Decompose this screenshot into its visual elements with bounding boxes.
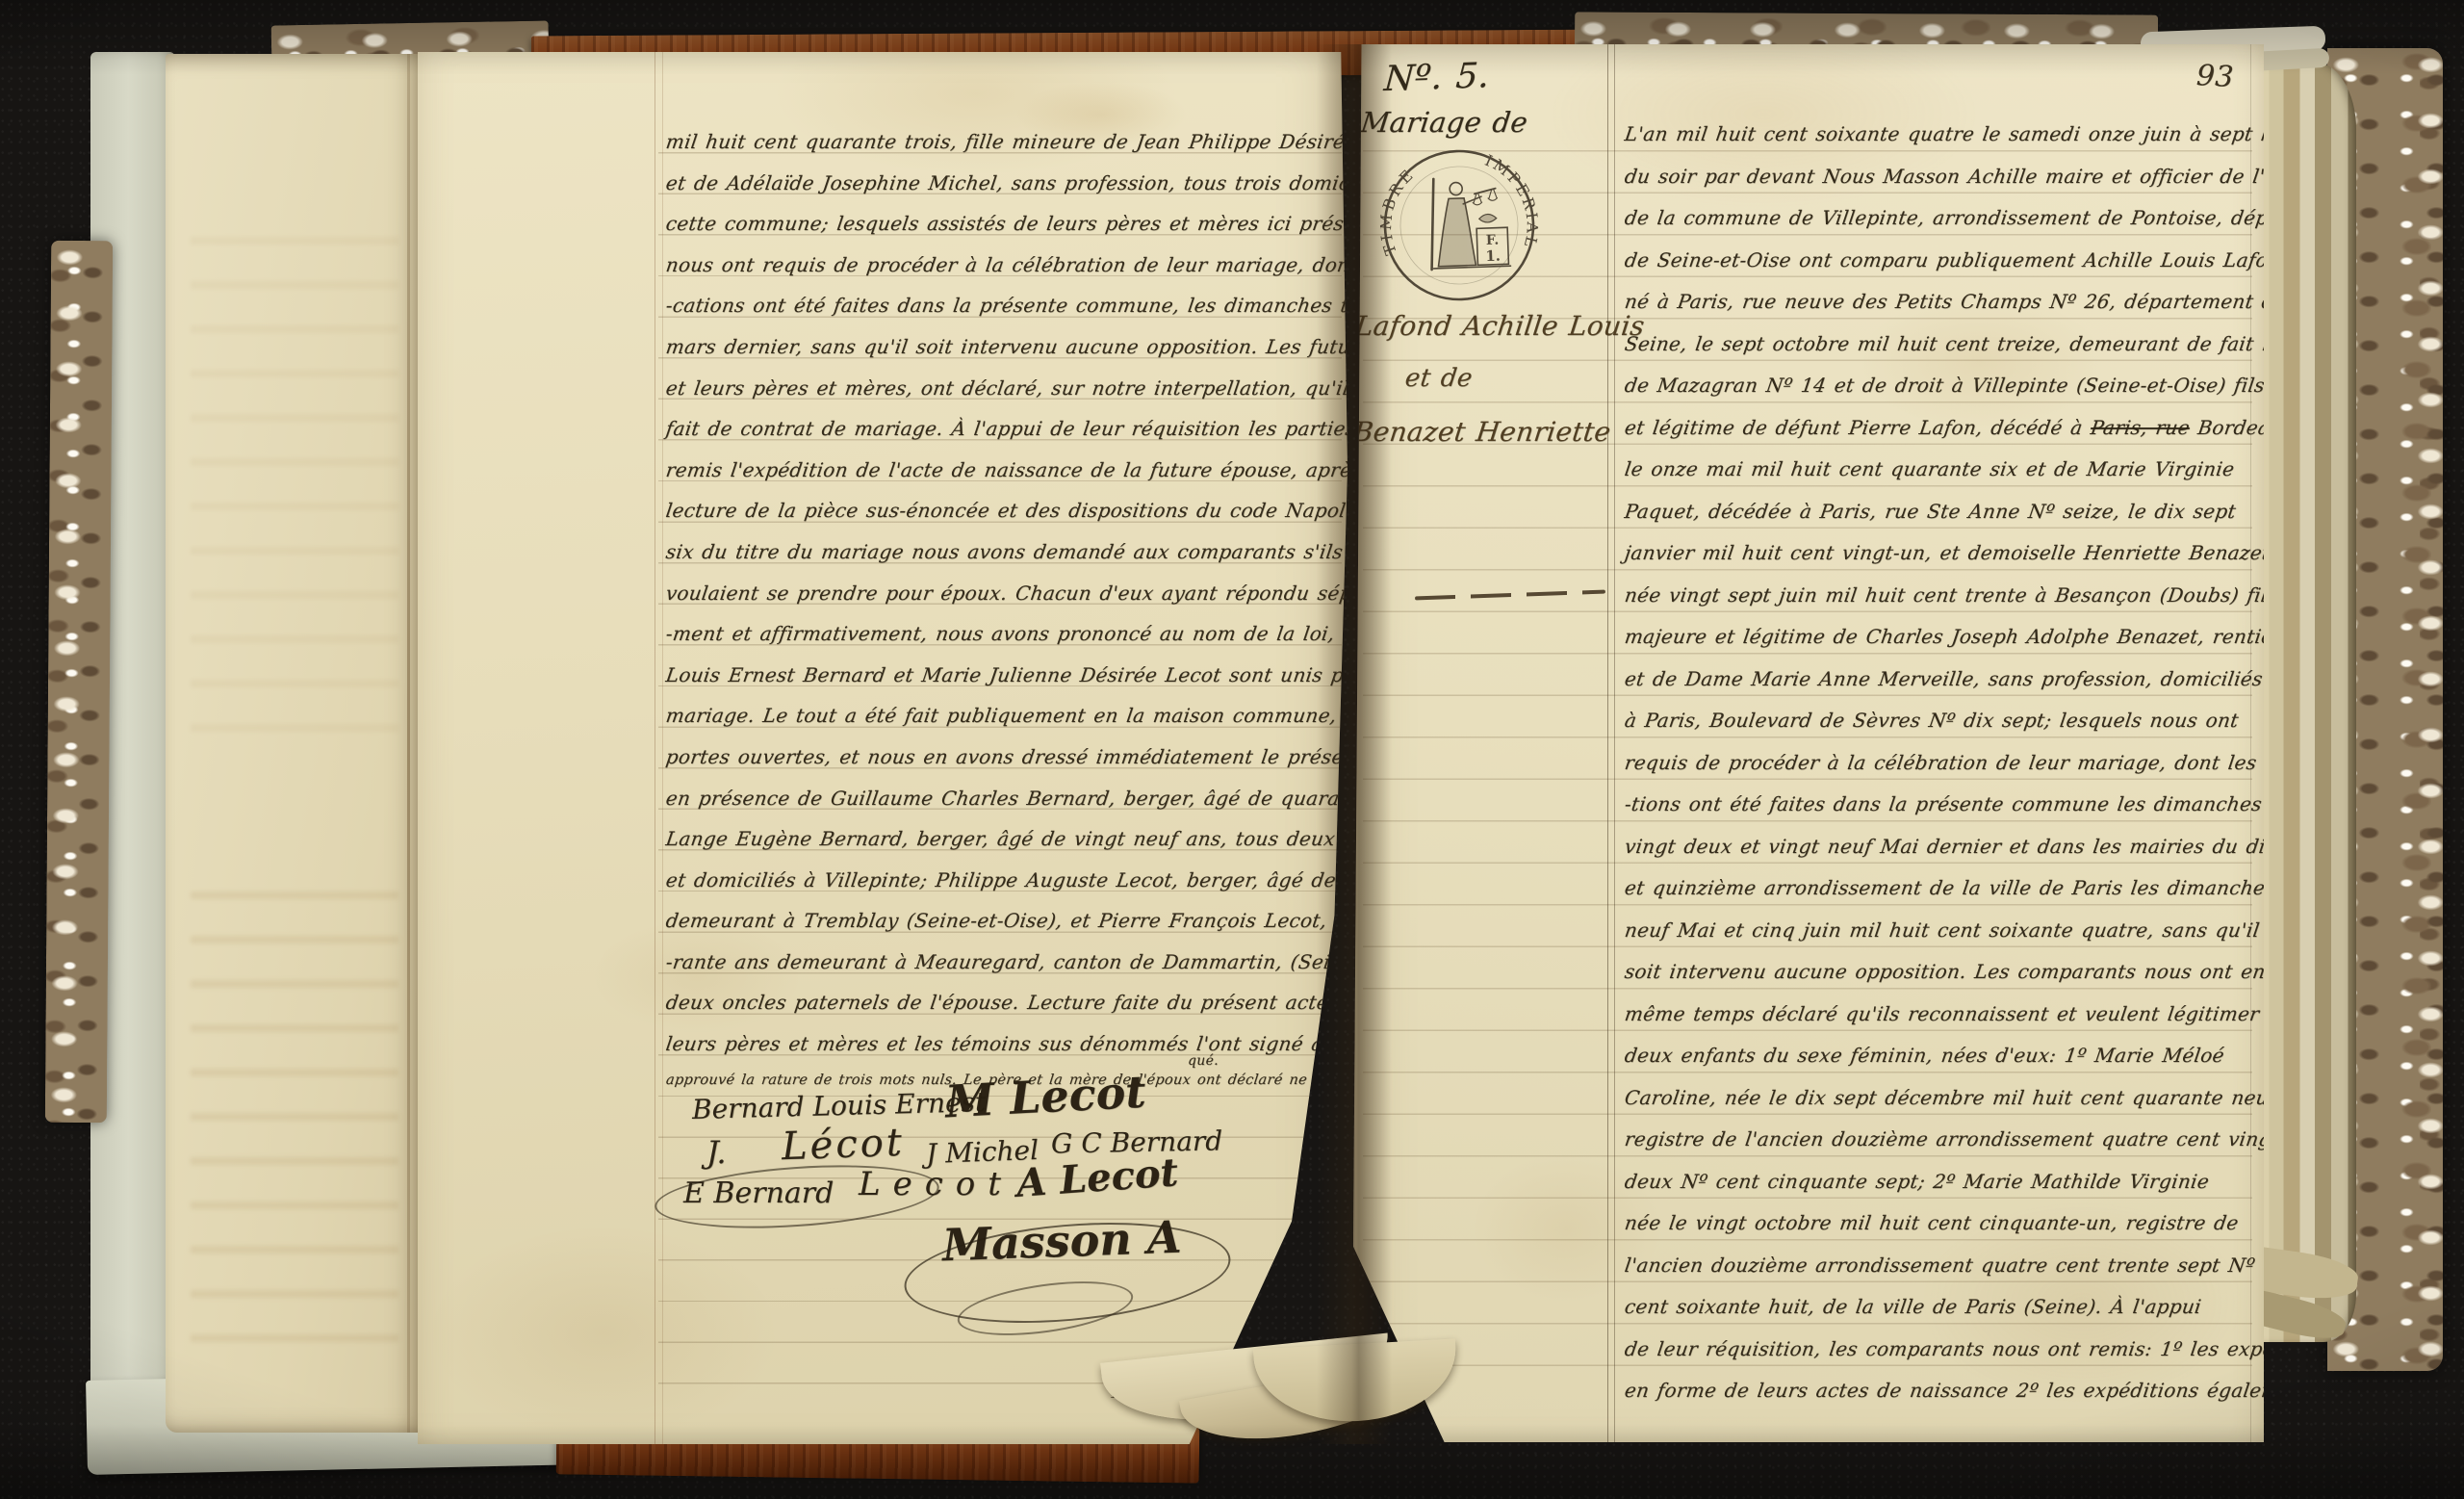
signature-mayor-masson: Masson A [941,1211,1182,1272]
handwritten-line: lecture de la pièce sus-énoncée et des d… [663,490,1347,531]
signature-lecot: Lécot [781,1121,905,1169]
handwritten-line: née le vingt octobre mil huit cent cinqu… [1622,1202,2258,1245]
act-body-text: L'an mil huit cent soixante quatre le sa… [1625,114,2255,1412]
handwritten-line: et légitime de défunt Pierre Lafon, décé… [1622,407,2258,450]
signature-initial: J. [706,1134,727,1171]
handwritten-line: deux oncles paternels de l'épouse. Lectu… [663,982,1347,1023]
handwritten-line: nous ont requis de procéder à la célébra… [663,245,1347,286]
handwritten-line: demeurant à Tremblay (Seine-et-Oise), et… [663,900,1347,942]
handwritten-line: mariage. Le tout a été fait publiquement… [663,695,1347,737]
svg-text:TIMBRE: TIMBRE [1377,164,1422,258]
handwritten-line: à Paris, Boulevard de Sèvres Nº dix sept… [1622,700,2258,742]
handwritten-line: de Mazagran Nº 14 et de droit à Villepin… [1622,365,2258,407]
handwritten-line: et de Adélaïde Josephine Michel, sans pr… [663,163,1347,204]
separator-flourish [1415,590,1605,601]
margin-groom-name: Lafond Achille Louis [1353,310,1646,342]
handwritten-line: soit intervenu aucune opposition. Les co… [1622,951,2258,994]
handwritten-line: l'ancien douzième arrondissement quatre … [1622,1245,2258,1287]
handwritten-line: mil huit cent quarante trois, fille mine… [663,121,1347,163]
bleed-through-text [191,218,398,757]
handwritten-line: deux Nº cent cinquante sept; 2º Marie Ma… [1622,1161,2258,1203]
handwritten-line: Paquet, décédée à Paris, rue Ste Anne Nº… [1622,491,2258,533]
handwritten-line: requis de procéder à la célébration de l… [1622,742,2258,785]
handwritten-line: majeure et légitime de Charles Joseph Ad… [1622,616,2258,659]
stamp-f: F. [1486,233,1500,248]
signature-e-bernard: E Bernard [683,1176,834,1210]
handwritten-line: leurs pères et mères et les témoins sus … [663,1023,1347,1065]
handwritten-line: voulaient se prendre pour époux. Chacun … [663,573,1347,614]
handwritten-line: L'an mil huit cent soixante quatre le sa… [1622,114,2258,156]
signature-m-lecot: M Lecot [944,1066,1147,1128]
handwritten-line: Caroline, née le dix sept décembre mil h… [1622,1077,2258,1120]
handwritten-line: Lange Eugène Bernard, berger, âgé de vin… [663,818,1347,860]
right-page: Nº. 5. Mariage de [1353,44,2264,1442]
left-page: mil huit cent quarante trois, fille mine… [418,52,1347,1444]
handwritten-line: vingt deux et vingt neuf Mai dernier et … [1622,826,2258,868]
handwritten-line: Seine, le sept octobre mil huit cent tre… [1622,323,2258,366]
signature-lecot-caps: Lecot [859,1165,1014,1203]
handwritten-line: et leurs pères et mères, ont déclaré, su… [663,368,1347,409]
handwritten-line: registre de l'ancien douzième arrondisse… [1622,1119,2258,1161]
handwritten-line: mars dernier, sans qu'il soit intervenu … [663,326,1347,368]
stamp-word-timbre: TIMBRE [1377,164,1422,258]
handwritten-line: même temps déclaré qu'ils reconnaissent … [1622,994,2258,1036]
handwritten-line: fait de contrat de mariage. À l'appui de… [663,408,1347,450]
stamp-1: 1. [1485,247,1501,266]
photographed-register-book: mil huit cent quarante trois, fille mine… [0,0,2464,1499]
handwritten-line: et domiciliés à Villepinte; Philippe Aug… [663,860,1347,901]
act-margin-column: Nº. 5. Mariage de [1355,44,1607,1442]
handwritten-line: de leur réquisition, les comparants nous… [1622,1329,2258,1371]
handwritten-line: né à Paris, rue neuve des Petits Champs … [1622,281,2258,323]
handwritten-line: -ment et affirmativement, nous avons pro… [663,613,1347,655]
handwritten-line: de Seine-et-Oise ont comparu publiquemen… [1622,240,2258,282]
handwritten-line: janvier mil huit cent vingt-un, et demoi… [1622,532,2258,575]
handwritten-line: neuf Mai et cinq juin mil huit cent soix… [1622,910,2258,952]
marbled-cover-left-edge [45,241,113,1123]
previous-page-with-bleed-through [166,54,420,1433]
handwritten-line: -rante ans demeurant à Meauregard, canto… [663,942,1347,983]
handwritten-line: en forme de leurs actes de naissance 2º … [1622,1370,2258,1412]
handwritten-line: en présence de Guillaume Charles Bernard… [663,778,1347,819]
folio-page-number: 93 [2195,59,2235,94]
handwritten-line: Louis Ernest Bernard et Marie Julienne D… [663,655,1347,696]
margin-bride-name: Benazet Henriette [1353,416,1612,448]
act-title: Mariage de [1359,106,1529,139]
handwritten-line: cent soixante huit, de la ville de Paris… [1622,1286,2258,1329]
handwritten-line: de la commune de Villepinte, arrondissem… [1622,197,2258,240]
margin-rule [1607,44,1615,1442]
handwritten-line: née vingt sept juin mil huit cent trente… [1622,575,2258,617]
handwritten-line: -tions ont été faites dans la présente c… [1622,784,2258,826]
handwritten-line: remis l'expédition de l'acte de naissanc… [663,450,1347,491]
handwritten-line: -cations ont été faites dans la présente… [663,285,1347,326]
act-body-text: mil huit cent quarante trois, fille mine… [666,121,1347,1065]
margin-connector: et de [1403,364,1474,393]
handwritten-line: portes ouvertes, et nous en avons dressé… [663,737,1347,778]
page-crease [407,54,410,1433]
handwritten-line: six du titre du mariage nous avons deman… [663,531,1347,573]
closed-pages-fore-edge-right [2252,62,2356,1342]
handwritten-line: et de Dame Marie Anne Merveille, sans pr… [1622,659,2258,701]
handwritten-line: le onze mai mil huit cent quarante six e… [1622,449,2258,491]
act-number: Nº. 5. [1383,56,1491,99]
margin-rule [654,52,663,1444]
handwritten-line: cette commune; lesquels assistés de leur… [663,203,1347,245]
handwritten-line: et quinzième arrondissement de la ville … [1622,867,2258,910]
timbre-imperial-stamp: TIMBRE IMPERIAL F. 1. [1377,143,1541,307]
abbreviation-mark: qué. [1188,1053,1219,1069]
handwritten-line: du soir par devant Nous Masson Achille m… [1622,156,2258,198]
handwritten-line: deux enfants du sexe féminin, nées d'eux… [1622,1035,2258,1077]
bleed-through-text [191,872,398,1344]
